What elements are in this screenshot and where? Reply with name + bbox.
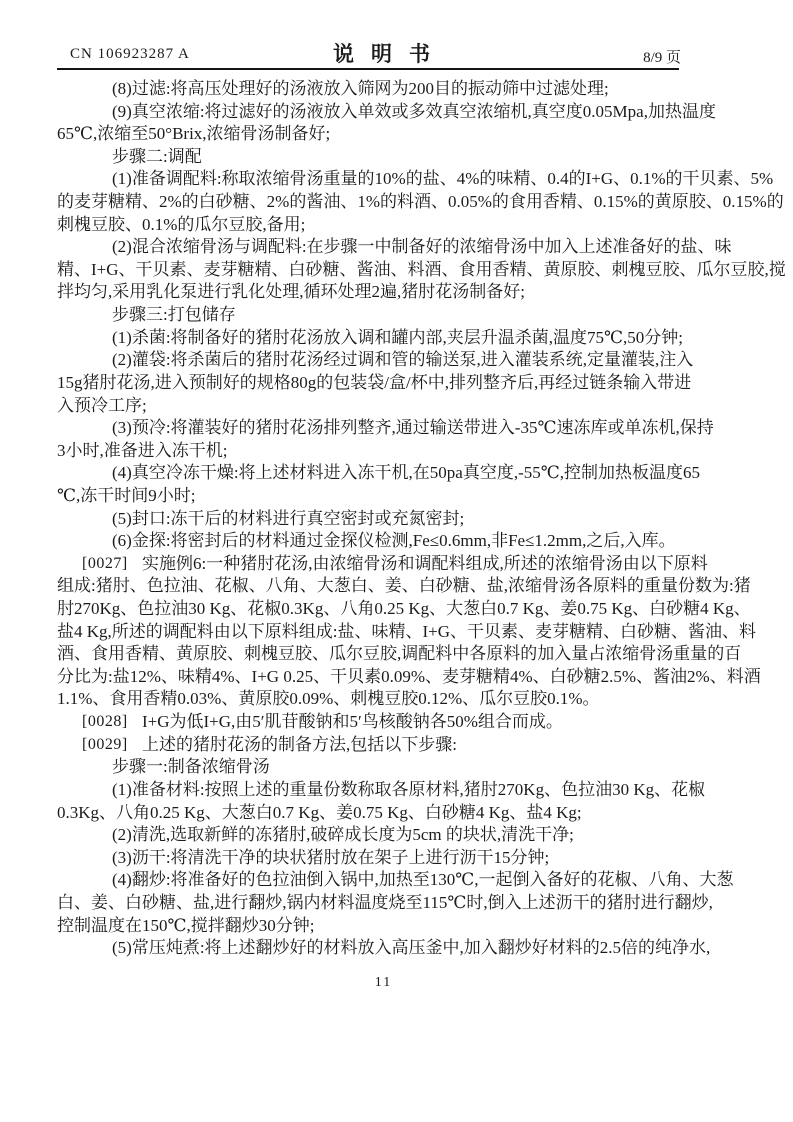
- line-text: (5)常压炖煮:将上述翻炒好的材料放入高压釜中,加入翻炒好材料的2.5倍的纯净水…: [112, 938, 710, 957]
- text-line: 精、I+G、干贝素、麦芽糖精、白砂糖、酱油、料酒、食用香精、黄原胶、刺槐豆胶、瓜…: [57, 259, 682, 282]
- text-line: (2)灌袋:将杀菌后的猪肘花汤经过调和管的输送泵,进入灌装系统,定量灌装,注入: [57, 349, 682, 372]
- header-divider-rule: [57, 68, 679, 70]
- text-line: 盐4 Kg,所述的调配料由以下原料组成:盐、味精、I+G、干贝素、麦芽糖精、白砂…: [57, 621, 682, 644]
- text-line: (1)准备调配料:称取浓缩骨汤重量的10%的盐、4%的味精、0.4的I+G、0.…: [57, 168, 682, 191]
- text-line: (3)预冷:将灌装好的猪肘花汤排列整齐,通过输送带进入-35℃速冻库或单冻机,保…: [57, 417, 682, 440]
- line-text: 组成:猪肘、色拉油、花椒、八角、大葱白、姜、白砂糖、盐,浓缩骨汤各原料的重量份数…: [57, 576, 751, 595]
- text-line: 步骤三:打包储存: [57, 304, 682, 327]
- line-text: 精、I+G、干贝素、麦芽糖精、白砂糖、酱油、料酒、食用香精、黄原胶、刺槐豆胶、瓜…: [57, 260, 786, 279]
- line-text: 15g猪肘花汤,进入预制好的规格80g的包装袋/盒/杯中,排列整齐后,再经过链条…: [57, 373, 691, 392]
- text-line: 0.3Kg、八角0.25 Kg、大葱白0.7 Kg、姜0.75 Kg、白砂糖4 …: [57, 802, 682, 825]
- text-line: 的麦芽糖精、2%的白砂糖、2%的酱油、1%的料酒、0.05%的食用香精、0.15…: [57, 191, 682, 214]
- text-line: 白、姜、白砂糖、盐,进行翻炒,锅内材料温度烧至115℃时,倒入上述沥干的猪肘进行…: [57, 892, 682, 915]
- text-line: 组成:猪肘、色拉油、花椒、八角、大葱白、姜、白砂糖、盐,浓缩骨汤各原料的重量份数…: [57, 575, 682, 598]
- text-line: (5)封口:冻干后的材料进行真空密封或充氮密封;: [57, 508, 682, 531]
- line-text: 盐4 Kg,所述的调配料由以下原料组成:盐、味精、I+G、干贝素、麦芽糖精、白砂…: [57, 622, 756, 641]
- text-line: 刺槐豆胶、0.1%的瓜尔豆胶,备用;: [57, 214, 682, 237]
- text-line: 酒、食用香精、黄原胶、刺槐豆胶、瓜尔豆胶,调配料中各原料的加入量占浓缩骨汤重量的…: [57, 643, 682, 666]
- numbered-paragraph-line: [0027]实施例6:一种猪肘花汤,由浓缩骨汤和调配料组成,所述的浓缩骨汤由以下…: [57, 553, 682, 576]
- numbered-paragraph-line: [0029]上述的猪肘花汤的制备方法,包括以下步骤:: [57, 734, 682, 757]
- line-text: 刺槐豆胶、0.1%的瓜尔豆胶,备用;: [57, 215, 305, 234]
- line-text: I+G为低I+G,由5′肌苷酸钠和5′鸟核酸钠各50%组合而成。: [142, 711, 563, 734]
- line-text: 酒、食用香精、黄原胶、刺槐豆胶、瓜尔豆胶,调配料中各原料的加入量占浓缩骨汤重量的…: [57, 644, 741, 663]
- text-line: 控制温度在150℃,搅拌翻炒30分钟;: [57, 915, 682, 938]
- text-line: 步骤二:调配: [57, 146, 682, 169]
- line-text: (3)预冷:将灌装好的猪肘花汤排列整齐,通过输送带进入-35℃速冻库或单冻机,保…: [112, 418, 714, 437]
- line-text: 实施例6:一种猪肘花汤,由浓缩骨汤和调配料组成,所述的浓缩骨汤由以下原料: [142, 553, 708, 576]
- line-text: (6)金探:将密封后的材料通过金探仪检测,Fe≤0.6mm,非Fe≤1.2mm,…: [112, 531, 676, 550]
- text-line: (8)过滤:将高压处理好的汤液放入筛网为200目的振动筛中过滤处理;: [57, 78, 682, 101]
- text-line: 拌均匀,采用乳化泵进行乳化处理,循环处理2遍,猪肘花汤制备好;: [57, 281, 682, 304]
- line-text: 上述的猪肘花汤的制备方法,包括以下步骤:: [142, 734, 457, 757]
- patent-specification-page: CN 106923287 A 说明书 8/9 页 (8)过滤:将高压处理好的汤液…: [0, 0, 793, 1122]
- text-line: 65℃,浓缩至50°Brix,浓缩骨汤制备好;: [57, 123, 682, 146]
- paragraph-number: [0028]: [82, 711, 128, 734]
- text-line: 15g猪肘花汤,进入预制好的规格80g的包装袋/盒/杯中,排列整齐后,再经过链条…: [57, 372, 682, 395]
- line-text: 肘270Kg、色拉油30 Kg、花椒0.3Kg、八角0.25 Kg、大葱白0.7…: [57, 599, 751, 618]
- text-line: (9)真空浓缩:将过滤好的汤液放入单效或多效真空浓缩机,真空度0.05Mpa,加…: [57, 101, 682, 124]
- text-line: (2)清洗,选取新鲜的冻猪肘,破碎成长度为5cm 的块状,清洗干净;: [57, 824, 682, 847]
- line-text: 控制温度在150℃,搅拌翻炒30分钟;: [57, 916, 315, 935]
- paragraph-number: [0027]: [82, 553, 128, 576]
- page-indicator: 8/9 页: [643, 46, 681, 67]
- line-text: (1)准备调配料:称取浓缩骨汤重量的10%的盐、4%的味精、0.4的I+G、0.…: [112, 169, 773, 188]
- patent-number: CN 106923287 A: [70, 46, 190, 63]
- line-text: 的麦芽糖精、2%的白砂糖、2%的酱油、1%的料酒、0.05%的食用香精、0.15…: [57, 192, 784, 211]
- line-text: 步骤二:调配: [112, 147, 202, 166]
- text-line: 步骤一:制备浓缩骨汤: [57, 756, 682, 779]
- line-text: 拌均匀,采用乳化泵进行乳化处理,循环处理2遍,猪肘花汤制备好;: [57, 282, 525, 301]
- line-text: 分比为:盐12%、味精4%、I+G 0.25、干贝素0.09%、麦芽糖精4%、白…: [57, 667, 761, 686]
- numbered-paragraph-line: [0028]I+G为低I+G,由5′肌苷酸钠和5′鸟核酸钠各50%组合而成。: [57, 711, 682, 734]
- text-line: 3小时,准备进入冻干机;: [57, 440, 682, 463]
- line-text: (3)沥干:将清洗干净的块状猪肘放在架子上进行沥干15分钟;: [112, 848, 549, 867]
- text-line: (4)翻炒:将准备好的色拉油倒入锅中,加热至130℃,一起倒入备好的花椒、八角、…: [57, 869, 682, 892]
- paragraph-number: [0029]: [82, 734, 128, 757]
- text-line: 入预冷工序;: [57, 395, 682, 418]
- line-text: 白、姜、白砂糖、盐,进行翻炒,锅内材料温度烧至115℃时,倒入上述沥干的猪肘进行…: [57, 893, 713, 912]
- document-title: 说明书: [333, 38, 447, 68]
- text-line: (1)杀菌:将制备好的猪肘花汤放入调和罐内部,夹层升温杀菌,温度75℃,50分钟…: [57, 327, 682, 350]
- text-line: (1)准备材料:按照上述的重量份数称取各原材料,猪肘270Kg、色拉油30 Kg…: [57, 779, 682, 802]
- line-text: 1.1%、食用香精0.03%、黄原胶0.09%、刺槐豆胶0.12%、瓜尔豆胶0.…: [57, 689, 600, 708]
- body-lines: (8)过滤:将高压处理好的汤液放入筛网为200目的振动筛中过滤处理;(9)真空浓…: [57, 78, 682, 960]
- text-line: 肘270Kg、色拉油30 Kg、花椒0.3Kg、八角0.25 Kg、大葱白0.7…: [57, 598, 682, 621]
- line-text: ℃,冻干时间9小时;: [57, 486, 196, 505]
- footer-page-number: 11: [0, 975, 767, 991]
- line-text: (2)混合浓缩骨汤与调配料:在步骤一中制备好的浓缩骨汤中加入上述准备好的盐、味: [112, 237, 732, 256]
- line-text: (4)翻炒:将准备好的色拉油倒入锅中,加热至130℃,一起倒入备好的花椒、八角、…: [112, 870, 734, 889]
- line-text: (4)真空冷冻干燥:将上述材料进入冻干机,在50pa真空度,-55℃,控制加热板…: [112, 463, 700, 482]
- line-text: (2)清洗,选取新鲜的冻猪肘,破碎成长度为5cm 的块状,清洗干净;: [112, 825, 574, 844]
- text-line: (3)沥干:将清洗干净的块状猪肘放在架子上进行沥干15分钟;: [57, 847, 682, 870]
- line-text: (5)封口:冻干后的材料进行真空密封或充氮密封;: [112, 509, 464, 528]
- line-text: 步骤三:打包储存: [112, 305, 236, 324]
- line-text: (1)杀菌:将制备好的猪肘花汤放入调和罐内部,夹层升温杀菌,温度75℃,50分钟…: [112, 328, 683, 347]
- text-line: 1.1%、食用香精0.03%、黄原胶0.09%、刺槐豆胶0.12%、瓜尔豆胶0.…: [57, 688, 682, 711]
- line-text: 入预冷工序;: [57, 396, 147, 415]
- line-text: 3小时,准备进入冻干机;: [57, 441, 227, 460]
- text-line: (2)混合浓缩骨汤与调配料:在步骤一中制备好的浓缩骨汤中加入上述准备好的盐、味: [57, 236, 682, 259]
- line-text: 65℃,浓缩至50°Brix,浓缩骨汤制备好;: [57, 124, 330, 143]
- line-text: (1)准备材料:按照上述的重量份数称取各原材料,猪肘270Kg、色拉油30 Kg…: [112, 780, 705, 799]
- line-text: (2)灌袋:将杀菌后的猪肘花汤经过调和管的输送泵,进入灌装系统,定量灌装,注入: [112, 350, 693, 369]
- line-text: 0.3Kg、八角0.25 Kg、大葱白0.7 Kg、姜0.75 Kg、白砂糖4 …: [57, 803, 582, 822]
- text-line: ℃,冻干时间9小时;: [57, 485, 682, 508]
- text-line: (6)金探:将密封后的材料通过金探仪检测,Fe≤0.6mm,非Fe≤1.2mm,…: [57, 530, 682, 553]
- line-text: 步骤一:制备浓缩骨汤: [112, 757, 270, 776]
- line-text: (8)过滤:将高压处理好的汤液放入筛网为200目的振动筛中过滤处理;: [112, 79, 609, 98]
- text-line: 分比为:盐12%、味精4%、I+G 0.25、干贝素0.09%、麦芽糖精4%、白…: [57, 666, 682, 689]
- text-line: (5)常压炖煮:将上述翻炒好的材料放入高压釜中,加入翻炒好材料的2.5倍的纯净水…: [57, 937, 682, 960]
- text-line: (4)真空冷冻干燥:将上述材料进入冻干机,在50pa真空度,-55℃,控制加热板…: [57, 462, 682, 485]
- line-text: (9)真空浓缩:将过滤好的汤液放入单效或多效真空浓缩机,真空度0.05Mpa,加…: [112, 102, 716, 121]
